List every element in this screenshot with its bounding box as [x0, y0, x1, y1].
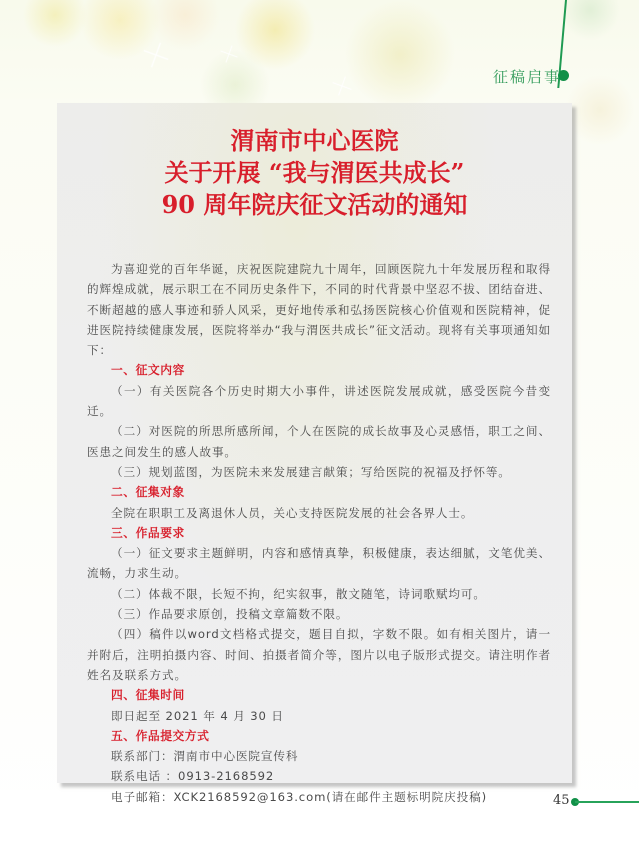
section-paragraph: （三）作品要求原创，投稿文章篇数不限。 [87, 604, 551, 624]
section-paragraph: （二）体裁不限，长短不拘，纪实叙事，散文随笔，诗词歌赋均可。 [87, 584, 551, 604]
notice-panel: 渭南市中心医院 关于开展 “我与渭医共成长” 90 周年院庆征文活动的通知 为喜… [57, 103, 572, 783]
section-heading: 四、征集时间 [87, 685, 551, 705]
section-heading: 二、征集对象 [87, 482, 551, 502]
section-heading: 一、征文内容 [87, 360, 551, 380]
section-paragraph: （三）规划蓝图，为医院未来发展建言献策；写给医院的祝福及抒怀等。 [87, 462, 551, 482]
section-heading: 三、作品要求 [87, 523, 551, 543]
decorative-green-line [575, 801, 639, 803]
intro-paragraph: 为喜迎党的百年华诞，庆祝医院建院九十周年，回顾医院九十年发展历程和取得的辉煌成就… [87, 259, 551, 360]
notice-body: 为喜迎党的百年华诞，庆祝医院建院九十周年，回顾医院九十年发展历程和取得的辉煌成就… [87, 259, 551, 807]
section-paragraph: （四）稿件以word文档格式提交，题目自拟，字数不限。如有相关图片，请一并附后，… [87, 624, 551, 685]
notice-title: 渭南市中心医院 关于开展 “我与渭医共成长” 90 周年院庆征文活动的通知 [57, 125, 572, 221]
collection-period: 即日起至 2021 年 4 月 30 日 [87, 706, 551, 726]
title-line: 关于开展 “我与渭医共成长” [57, 157, 572, 189]
contact-phone: 联系电话 ：0913-2168592 [87, 766, 551, 786]
title-line: 90 周年院庆征文活动的通知 [57, 189, 572, 221]
section-paragraph: （一）有关医院各个历史时期大小事件，讲述医院发展成就，感受医院今昔变迁。 [87, 381, 551, 422]
section-heading: 五、作品提交方式 [87, 726, 551, 746]
section-paragraph: （二）对医院的所思所感所闻，个人在医院的成长故事及心灵感悟，职工之间、医患之间发… [87, 421, 551, 462]
section-paragraph: 全院在职职工及离退休人员，关心支持医院发展的社会各界人士。 [87, 503, 551, 523]
section-paragraph: （一）征文要求主题鲜明，内容和感情真挚，积极健康，表达细腻，文笔优美、流畅，力求… [87, 543, 551, 584]
section-tag: 征稿启事 [493, 66, 561, 87]
title-line: 渭南市中心医院 [57, 125, 572, 157]
green-dot-icon [558, 70, 569, 81]
contact-department: 联系部门：渭南市中心医院宣传科 [87, 746, 551, 766]
contact-email[interactable]: 电子邮箱：XCK2168592@163.com(请在邮件主题标明院庆投稿) [87, 787, 551, 807]
page-number: 45 [553, 793, 570, 808]
